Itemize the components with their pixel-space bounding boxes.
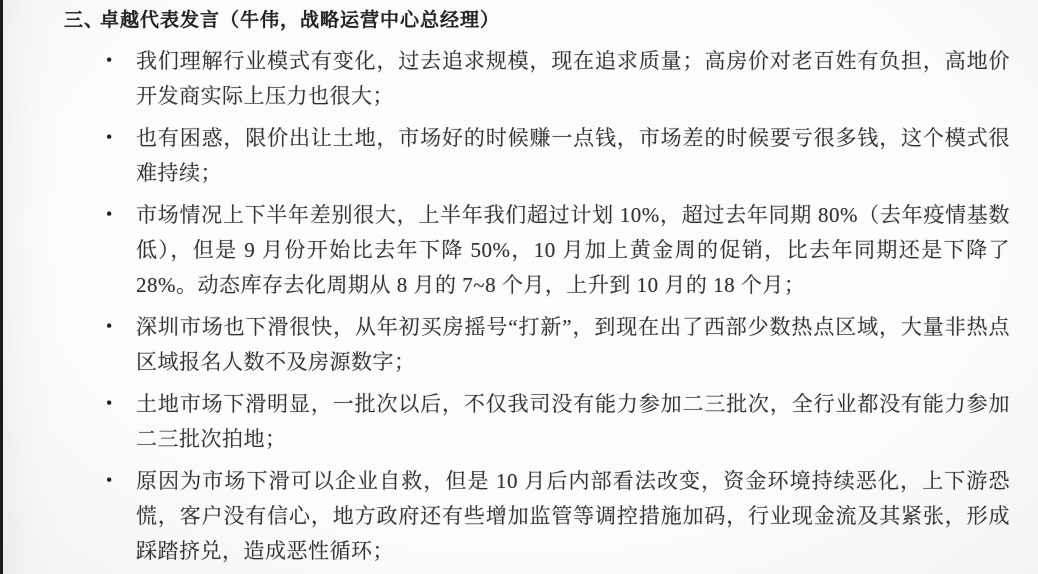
section-heading: 三、 卓越代表发言（牛伟，战略运营中心总经理） bbox=[64, 6, 1010, 36]
list-item: • 市场情况上下半年差别很大，上半年我们超过计划 10%，超过去年同期 80%（… bbox=[64, 198, 1010, 303]
page-left-edge bbox=[0, 0, 3, 574]
bullet-list: • 我们理解行业模式有变化，过去追求规模，现在追求质量；高房价对老百姓有负担，高… bbox=[64, 44, 1010, 569]
bullet-icon: • bbox=[106, 386, 113, 421]
bullet-icon: • bbox=[106, 309, 113, 344]
bullet-icon: • bbox=[106, 463, 113, 498]
bullet-icon: • bbox=[106, 197, 113, 232]
list-item: • 土地市场下滑明显，一批次以后，不仅我司没有能力参加二三批次，全行业都没有能力… bbox=[64, 387, 1010, 457]
bullet-icon: • bbox=[106, 120, 113, 155]
list-item: • 原因为市场下滑可以企业自救，但是 10 月后内部看法改变，资金环境持续恶化，… bbox=[64, 464, 1010, 569]
list-item-text: 我们理解行业模式有变化，过去追求规模，现在追求质量；高房价对老百姓有负担，高地价… bbox=[136, 49, 1010, 108]
list-item-text: 土地市场下滑明显，一批次以后，不仅我司没有能力参加二三批次，全行业都没有能力参加… bbox=[136, 392, 1010, 451]
list-item: • 我们理解行业模式有变化，过去追求规模，现在追求质量；高房价对老百姓有负担，高… bbox=[64, 44, 1010, 114]
section-number: 三、 bbox=[64, 6, 100, 36]
bullet-icon: • bbox=[106, 43, 113, 78]
list-item-text: 深圳市场也下滑很快，从年初买房摇号“打新”，到现在出了西部少数热点区域，大量非热… bbox=[136, 315, 1010, 374]
section-title: 卓越代表发言（牛伟，战略运营中心总经理） bbox=[100, 6, 500, 36]
document-content: 三、 卓越代表发言（牛伟，战略运营中心总经理） • 我们理解行业模式有变化，过去… bbox=[64, 6, 1010, 574]
list-item-text: 也有困惑，限价出让土地，市场好的时候赚一点钱，市场差的时候要亏很多钱，这个模式很… bbox=[136, 126, 1010, 185]
list-item-text: 原因为市场下滑可以企业自救，但是 10 月后内部看法改变，资金环境持续恶化，上下… bbox=[136, 469, 1010, 563]
list-item: • 深圳市场也下滑很快，从年初买房摇号“打新”，到现在出了西部少数热点区域，大量… bbox=[64, 310, 1010, 380]
list-item: • 也有困惑，限价出让土地，市场好的时候赚一点钱，市场差的时候要亏很多钱，这个模… bbox=[64, 121, 1010, 191]
document-page: 三、 卓越代表发言（牛伟，战略运营中心总经理） • 我们理解行业模式有变化，过去… bbox=[0, 0, 1038, 574]
list-item-text: 市场情况上下半年差别很大，上半年我们超过计划 10%，超过去年同期 80%（去年… bbox=[136, 203, 1010, 297]
